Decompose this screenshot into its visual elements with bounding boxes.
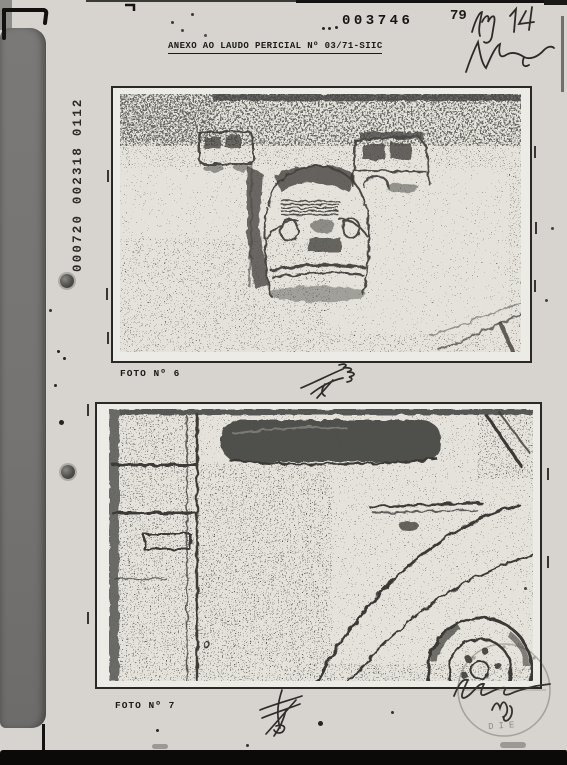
corner-bracket-mark xyxy=(0,2,52,44)
small-tick-mark xyxy=(124,2,140,14)
handwritten-annotation xyxy=(446,2,566,84)
registration-tick xyxy=(535,222,537,234)
toner-specks xyxy=(0,0,3,3)
bottom-smudge xyxy=(152,744,168,749)
bottom-smudge xyxy=(500,742,526,748)
margin-serial-code: 000720 002318 0112 xyxy=(71,86,85,272)
page-title: ANEXO AO LAUDO PERICIAL Nº 03/71-SIIC xyxy=(168,41,382,54)
photo-7-caption: FOTO Nº 7 xyxy=(115,700,175,711)
registration-tick xyxy=(87,612,89,624)
registration-tick xyxy=(87,404,89,416)
photo-6 xyxy=(111,86,532,363)
document-serial-stamp: 003746 xyxy=(342,13,413,29)
scanned-forensic-report-page: 000720 002318 0112 ANEXO AO LAUDO PERICI… xyxy=(0,0,567,765)
handwritten-rubric-top xyxy=(295,358,365,402)
signature-scribble xyxy=(454,680,550,721)
registration-tick xyxy=(107,332,109,344)
registration-tick xyxy=(107,170,109,182)
punch-hole-bottom xyxy=(61,465,75,479)
round-office-stamp: DIE xyxy=(448,626,564,760)
scan-left-band-tail xyxy=(42,724,45,752)
punch-hole-top xyxy=(60,274,74,288)
registration-tick xyxy=(534,280,536,292)
stamp-bottom-text: DIE xyxy=(488,720,520,732)
registration-tick xyxy=(547,468,549,480)
registration-tick xyxy=(106,288,108,300)
registration-tick xyxy=(547,556,549,568)
scan-left-dark-band xyxy=(0,28,46,728)
registration-tick xyxy=(534,146,536,158)
scan-bottom-edge xyxy=(0,750,567,765)
photo-6-caption: FOTO Nº 6 xyxy=(120,368,180,379)
handwritten-rubric-bottom xyxy=(248,686,314,744)
photo-6-image xyxy=(113,88,530,361)
